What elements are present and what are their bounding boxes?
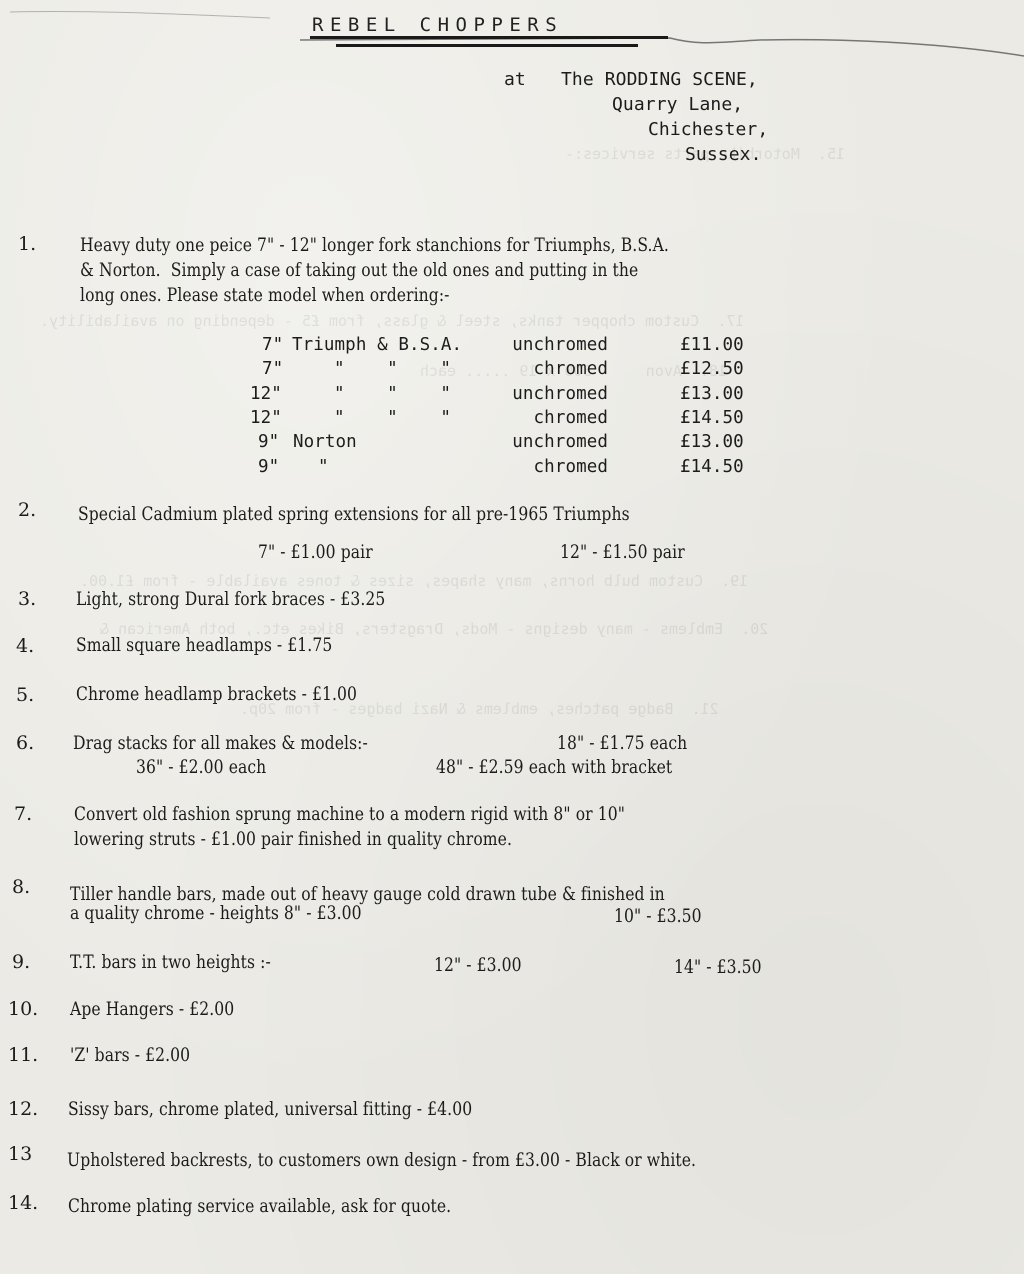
item-option: 7" - £1.00 pair — [258, 540, 373, 564]
finish-cell: chromed — [500, 357, 608, 381]
address-prefix: at — [504, 68, 526, 92]
model-cell: " " " — [334, 382, 451, 406]
finish-cell: unchromed — [500, 333, 608, 357]
title-underline — [310, 36, 668, 39]
item-number: 3. — [18, 588, 36, 610]
length-cell: 12" — [250, 406, 282, 430]
length-cell: 9" — [258, 430, 279, 454]
finish-cell: unchromed — [500, 430, 608, 454]
model-cell: " " " — [334, 406, 451, 430]
item-text: a quality chrome - heights 8" - £3.00 — [70, 901, 362, 925]
model-cell: Triumph & B.S.A. — [292, 333, 462, 357]
finish-cell: chromed — [500, 455, 608, 479]
item-number: 2. — [18, 499, 36, 521]
item-text: Convert old fashion sprung machine to a … — [74, 802, 625, 826]
page-title: REBEL CHOPPERS — [312, 14, 563, 36]
address-line: Quarry Lane, — [612, 93, 743, 117]
price-cell: £13.00 — [680, 430, 744, 454]
item-number: 8. — [12, 876, 30, 898]
finish-cell: unchromed — [500, 382, 608, 406]
item-text: Chrome headlamp brackets - £1.00 — [76, 682, 357, 706]
item-option: 36" - £2.00 each — [136, 755, 266, 779]
item-number: 4. — [16, 635, 34, 657]
length-cell: 9" — [258, 455, 279, 479]
item-number: 14. — [8, 1192, 38, 1214]
item-text: T.T. bars in two heights :- — [70, 950, 271, 974]
item-text: Sissy bars, chrome plated, universal fit… — [68, 1097, 472, 1121]
model-cell: " " " — [334, 357, 451, 381]
length-cell: 7" — [262, 357, 283, 381]
length-cell: 7" — [262, 333, 283, 357]
length-cell: 12" — [250, 382, 282, 406]
item-text: 'Z' bars - £2.00 — [70, 1043, 190, 1067]
item-text: Upholstered backrests, to customers own … — [67, 1148, 696, 1172]
item-number: 10. — [8, 998, 38, 1020]
item-text: Chrome plating service available, ask fo… — [68, 1194, 451, 1218]
item-number: 1. — [18, 233, 36, 255]
item-option: 12" - £3.00 — [434, 953, 522, 977]
finish-cell: chromed — [500, 406, 608, 430]
address-line: Sussex. — [685, 143, 762, 167]
item-text: Small square headlamps - £1.75 — [76, 633, 332, 657]
price-cell: £13.00 — [680, 382, 744, 406]
title-underline — [336, 44, 638, 47]
item-option: 12" - £1.50 pair — [560, 540, 685, 564]
item-option: 14" - £3.50 — [674, 955, 762, 979]
address-line: Chichester, — [648, 118, 768, 142]
item-option: 10" - £3.50 — [614, 904, 702, 928]
item-number: 11. — [8, 1044, 38, 1066]
price-cell: £12.50 — [680, 357, 744, 381]
item-option: 18" - £1.75 each — [557, 731, 687, 755]
address-line: The RODDING SCENE, — [561, 68, 758, 92]
item-text: & Norton. Simply a case of taking out th… — [80, 258, 638, 282]
model-cell: " — [318, 455, 329, 479]
item-text: Heavy duty one peice 7" - 12" longer for… — [80, 233, 669, 257]
item-number: 13 — [8, 1143, 32, 1165]
item-text: Special Cadmium plated spring extensions… — [78, 502, 630, 526]
item-text: Drag stacks for all makes & models:- — [73, 731, 368, 755]
price-cell: £14.50 — [680, 455, 744, 479]
price-cell: £14.50 — [680, 406, 744, 430]
item-text: long ones. Please state model when order… — [80, 283, 450, 307]
item-number: 12. — [8, 1098, 38, 1120]
item-text: Ape Hangers - £2.00 — [70, 997, 234, 1021]
item-number: 5. — [16, 684, 34, 706]
item-text: lowering struts - £1.00 pair finished in… — [74, 827, 512, 851]
item-number: 7. — [14, 803, 32, 825]
item-number: 9. — [12, 951, 30, 973]
item-number: 6. — [16, 732, 34, 754]
model-cell: Norton — [293, 430, 357, 454]
item-option: 48" - £2.59 each with bracket — [436, 755, 672, 779]
item-text: Light, strong Dural fork braces - £3.25 — [76, 587, 385, 611]
price-cell: £11.00 — [680, 333, 744, 357]
